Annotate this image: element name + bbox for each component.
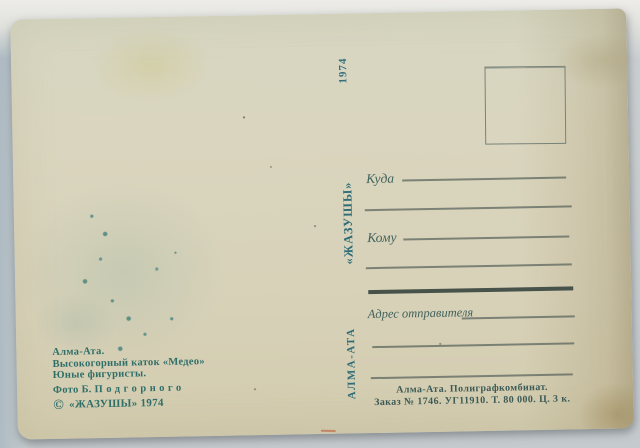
postcard-back: 1974 «ЖАЗУШЫ» АЛМА-АТА Куда Кому Адрес о… (10, 8, 634, 439)
address-divider-line (368, 286, 573, 293)
address-line-to (402, 177, 566, 182)
address-line-4 (366, 263, 572, 269)
spine-year: 1974 (337, 57, 349, 83)
caption-photo-credit: Фото Б. Подгорного (53, 382, 206, 396)
address-to-label: Куда (366, 171, 394, 188)
address-sender-label: Адрес отправителя (368, 305, 474, 322)
caption-block: Алма-Ата. Высокогорный каток «Медео» Юны… (52, 344, 206, 411)
copyright-text: «ЖАЗУШЫ» 1974 (69, 397, 164, 411)
stamp-box (484, 66, 566, 145)
caption-subtitle: Юные фигуристы. (53, 367, 206, 381)
photo-credit-name: Подгорного (95, 382, 185, 395)
spine-publisher: «ЖАЗУШЫ» (340, 181, 357, 264)
red-ink-mark (321, 430, 336, 432)
photo-credit-prefix: Фото Б. (53, 384, 92, 396)
sender-line-2 (372, 342, 574, 348)
address-line-2 (365, 205, 572, 211)
copyright-icon: © (53, 398, 64, 413)
imprint-block: Алма-Ата. Полиграфкомбинат. Заказ № 1746… (357, 381, 587, 408)
sender-line-3 (371, 373, 573, 379)
address-recipient-label: Кому (367, 230, 397, 247)
address-line-recipient (403, 235, 569, 240)
caption-copyright: © «ЖАЗУШЫ» 1974 (53, 397, 206, 411)
photo-backdrop: 1974 «ЖАЗУШЫ» АЛМА-АТА Куда Кому Адрес о… (0, 0, 640, 448)
sender-line-1 (462, 315, 575, 319)
